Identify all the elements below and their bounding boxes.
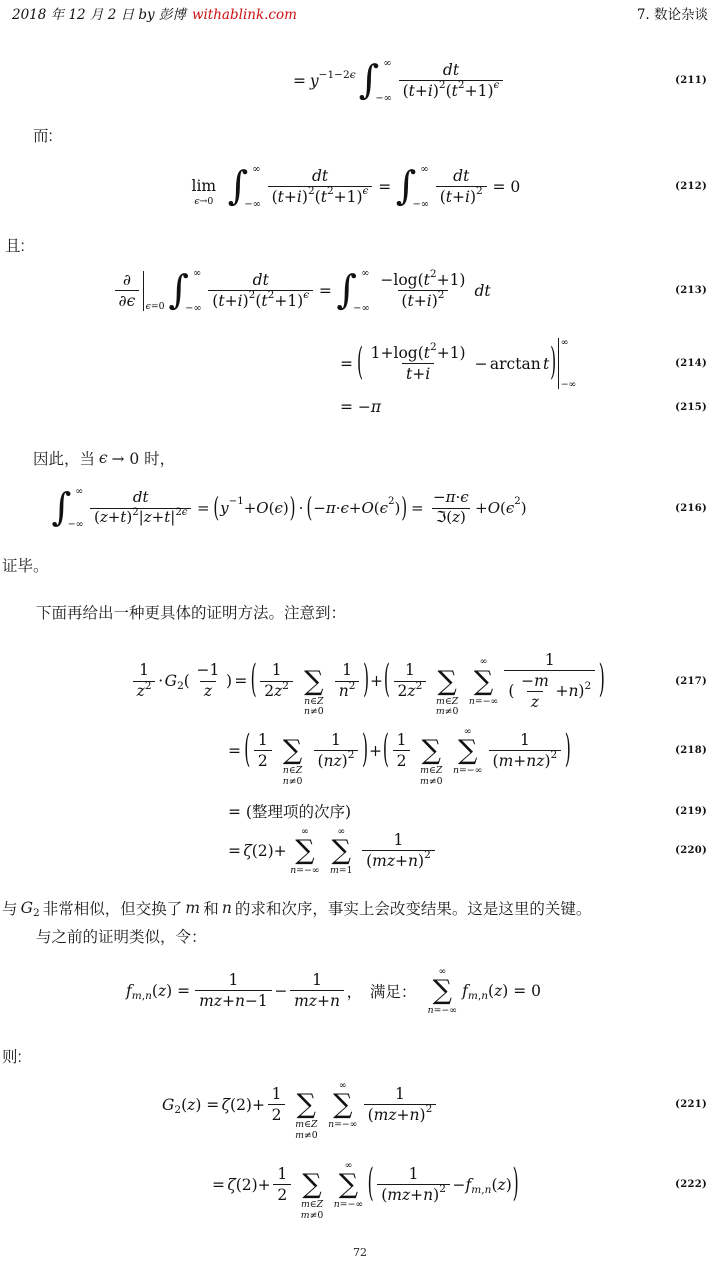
paragraph-next-method: 下面再给出一种更具体的证明方法。注意到：: [36, 603, 346, 625]
page-number: 72: [0, 1246, 720, 1259]
equation-212: limϵ→0∫∞−∞dt(t+i)2(t2+1)ϵ=∫∞−∞dt(t+i)2= …: [0, 164, 720, 210]
equation-220: =ζ(2)+∑∞n=−∞∑∞m=11(mz+n)2 (220): [0, 832, 720, 869]
paragraph-ze: 则:: [2, 1047, 22, 1069]
equation-211: =y−1−2ϵ∫∞−∞dt(t+i)2(t2+1)ϵ (211): [0, 58, 720, 104]
equation-215: = −π (215): [0, 398, 720, 416]
equation-217-math: 1z2·G2(−1z)=(12z2∑n∈Zn≠01n2)+(12z2∑m∈Zm≠…: [130, 652, 606, 710]
equation-number-218: (218): [675, 745, 707, 756]
equation-215-math: = −π: [340, 398, 381, 416]
equation-214-math: =(1+log(t2+1)t+i−arctant)∞−∞: [340, 338, 577, 389]
equation-221: G2(z) =ζ(2)+12∑m∈Zm≠0∑∞n=−∞1(mz+n)2 (221…: [0, 1086, 720, 1123]
equation-218: =(12∑n∈Zn≠01(nz)2)+(12∑m∈Zm≠0∑∞n=−∞1(m+n…: [0, 732, 720, 769]
equation-number-216: (216): [675, 503, 707, 514]
paragraph-yinci: 因此，当ϵ→ 0 时，: [33, 447, 175, 469]
equation-number-213: (213): [675, 285, 707, 296]
equation-number-221: (221): [675, 1099, 707, 1110]
header-left: 2018 年 12 月 2 日 by 彭博withablink.com: [12, 3, 297, 23]
paragraph-er: 而:: [33, 126, 53, 148]
equation-number-217: (217): [675, 676, 707, 687]
equation-number-212: (212): [675, 181, 707, 192]
equation-222-math: =ζ(2)+12∑m∈Zm≠0∑∞n=−∞(1(mz+n)2−fm,n(z)): [212, 1166, 520, 1203]
equation-219: = (整理项的次序) (219): [0, 800, 720, 822]
equation-221-math: G2(z) =ζ(2)+12∑m∈Zm≠0∑∞n=−∞1(mz+n)2: [162, 1086, 439, 1123]
equation-216-math: ∫∞−∞dt(z+t)2|z+t|2ϵ=(y−1+O(ϵ))·(−π·ϵ+O(ϵ…: [50, 486, 527, 530]
equation-number-215: (215): [675, 402, 707, 413]
paragraph-qie: 且:: [5, 236, 25, 258]
header-site-link[interactable]: withablink.com: [192, 7, 297, 23]
equation-220-math: =ζ(2)+∑∞n=−∞∑∞m=11(mz+n)2: [228, 832, 437, 869]
equation-217: 1z2·G2(−1z)=(12z2∑n∈Zn≠01n2)+(12z2∑m∈Zm≠…: [0, 652, 720, 710]
equation-219-math: = (整理项的次序): [228, 800, 351, 822]
document-page: 2018 年 12 月 2 日 by 彭博withablink.com 7. 数…: [0, 0, 720, 1269]
equation-number-220: (220): [675, 845, 707, 856]
paragraph-zhengbi: 证毕。: [2, 556, 49, 578]
equation-number-211: (211): [675, 75, 707, 86]
equation-number-222: (222): [675, 1179, 707, 1190]
equation-fdef-math: fm,n(z) =1mz+n−1−1mz+n，满足：∑∞n=−∞fm,n(z) …: [126, 972, 541, 1009]
header-date-text: 2018 年 12 月 2 日 by 彭博: [12, 7, 186, 23]
equation-213: ∂∂ϵϵ=0∫∞−∞dt(t+i)2(t2+1)ϵ=∫∞−∞−log(t2+1)…: [0, 268, 720, 314]
paragraph-g2-note: 与G2非常相似，但交换了m和n的求和次序，事实上会改变结果。这是这里的关键。: [2, 897, 591, 919]
equation-number-214: (214): [675, 358, 707, 369]
page-header: 2018 年 12 月 2 日 by 彭博withablink.com 7. 数…: [0, 3, 720, 23]
equation-212-math: limϵ→0∫∞−∞dt(t+i)2(t2+1)ϵ=∫∞−∞dt(t+i)2= …: [183, 164, 520, 210]
equation-216: ∫∞−∞dt(z+t)2|z+t|2ϵ=(y−1+O(ϵ))·(−π·ϵ+O(ϵ…: [0, 486, 720, 530]
equation-213-math: ∂∂ϵϵ=0∫∞−∞dt(t+i)2(t2+1)ϵ=∫∞−∞−log(t2+1)…: [112, 268, 491, 314]
equation-fdef: fm,n(z) =1mz+n−1−1mz+n，满足：∑∞n=−∞fm,n(z) …: [0, 972, 720, 1009]
header-section-title: 7. 数论杂谈: [637, 3, 708, 23]
equation-number-219: (219): [675, 806, 707, 817]
equation-214: =(1+log(t2+1)t+i−arctant)∞−∞ (214): [0, 338, 720, 389]
equation-218-math: =(12∑n∈Zn≠01(nz)2)+(12∑m∈Zm≠0∑∞n=−∞1(m+n…: [228, 732, 572, 769]
equation-211-math: =y−1−2ϵ∫∞−∞dt(t+i)2(t2+1)ϵ: [293, 58, 506, 104]
paragraph-similar: 与之前的证明类似，令：: [36, 927, 207, 949]
equation-222: =ζ(2)+12∑m∈Zm≠0∑∞n=−∞(1(mz+n)2−fm,n(z)) …: [0, 1166, 720, 1203]
